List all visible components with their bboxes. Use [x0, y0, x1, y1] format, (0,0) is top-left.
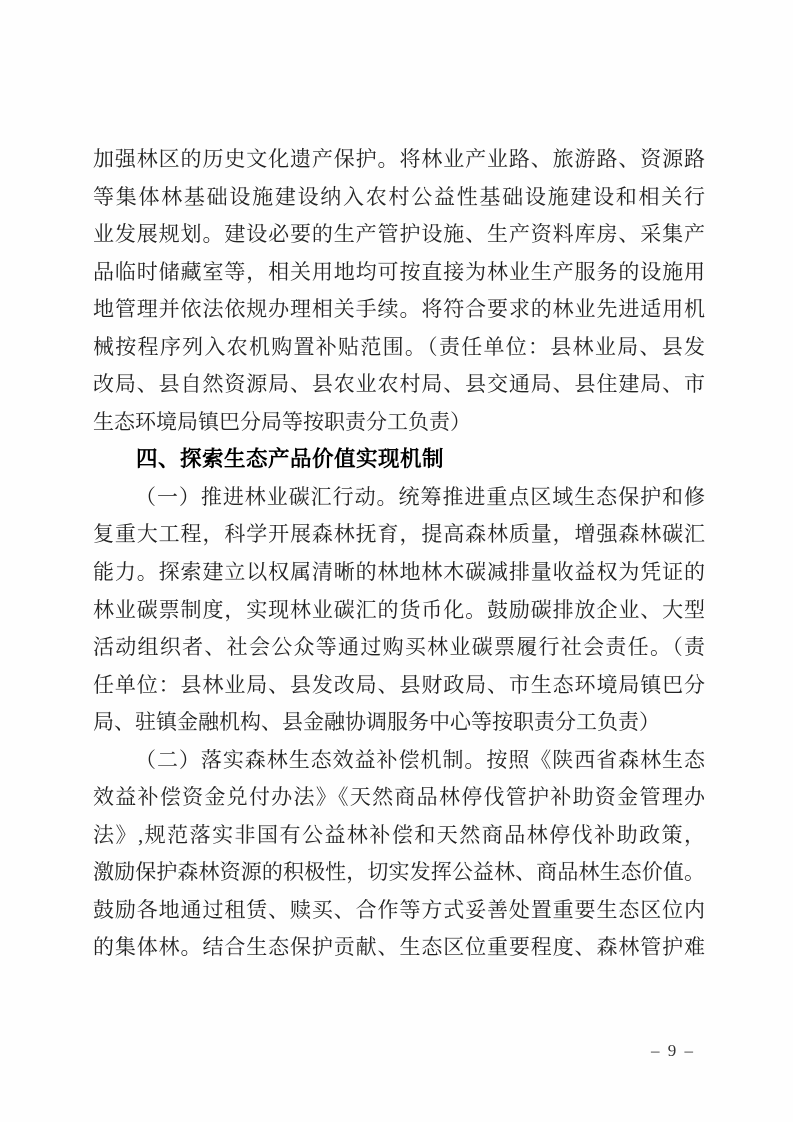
- text-line: 械按程序列入农机购置补贴范围。（责任单位：县林业局、县发: [93, 329, 705, 367]
- text-line: 效益补偿资金兑付办法》《天然商品林停伐管护补助资金管理办: [93, 779, 705, 817]
- text-line: 鼓励各地通过租赁、赎买、合作等方式妥善处置重要生态区位内: [93, 892, 705, 930]
- text-line: 法》,规范落实非国有公益林补偿和天然商品林停伐补助政策，: [93, 817, 705, 855]
- text-line: 活动组织者、社会公众等通过购买林业碳票履行社会责任。（责: [93, 629, 705, 667]
- document-page: 加强林区的历史文化遗产保护。将林业产业路、旅游路、资源路 等集体林基础设施建设纳…: [0, 0, 793, 1122]
- paragraph-end-line: 生态环境局镇巴分局等按职责分工负责）: [93, 404, 705, 442]
- text-line: 品临时储藏室等，相关用地均可按直接为林业生产服务的设施用: [93, 254, 705, 292]
- paragraph-end-line: 局、驻镇金融机构、县金融协调服务中心等按职责分工负责）: [93, 704, 705, 742]
- text-line: 复重大工程，科学开展森林抚育，提高森林质量，增强森林碳汇: [93, 516, 705, 554]
- paragraph-lead-line: （二）落实森林生态效益补偿机制。按照《陕西省森林生态: [93, 742, 705, 780]
- text-line: 加强林区的历史文化遗产保护。将林业产业路、旅游路、资源路: [93, 141, 705, 179]
- text-line: 地管理并依法依规办理相关手续。将符合要求的林业先进适用机: [93, 291, 705, 329]
- text-line: 激励保护森林资源的积极性，切实发挥公益林、商品林生态价值。: [93, 854, 705, 892]
- text-line: 能力。探索建立以权属清晰的林地林木碳减排量收益权为凭证的: [93, 554, 705, 592]
- text-line: 等集体林基础设施建设纳入农村公益性基础设施建设和相关行: [93, 179, 705, 217]
- text-line: 任单位：县林业局、县发改局、县财政局、市生态环境局镇巴分: [93, 667, 705, 705]
- text-line: 业发展规划。建设必要的生产管护设施、生产资料库房、采集产: [93, 216, 705, 254]
- section-heading: 四、探索生态产品价值实现机制: [93, 441, 705, 479]
- page-number: – 9 –: [651, 1041, 695, 1061]
- text-line: 的集体林。结合生态保护贡献、生态区位重要程度、森林管护难: [93, 929, 705, 967]
- text-line: 林业碳票制度，实现林业碳汇的货币化。鼓励碳排放企业、大型: [93, 592, 705, 630]
- text-line: 改局、县自然资源局、县农业农村局、县交通局、县住建局、市: [93, 366, 705, 404]
- document-body: 加强林区的历史文化遗产保护。将林业产业路、旅游路、资源路 等集体林基础设施建设纳…: [93, 141, 705, 967]
- paragraph-lead-line: （一）推进林业碳汇行动。统筹推进重点区域生态保护和修: [93, 479, 705, 517]
